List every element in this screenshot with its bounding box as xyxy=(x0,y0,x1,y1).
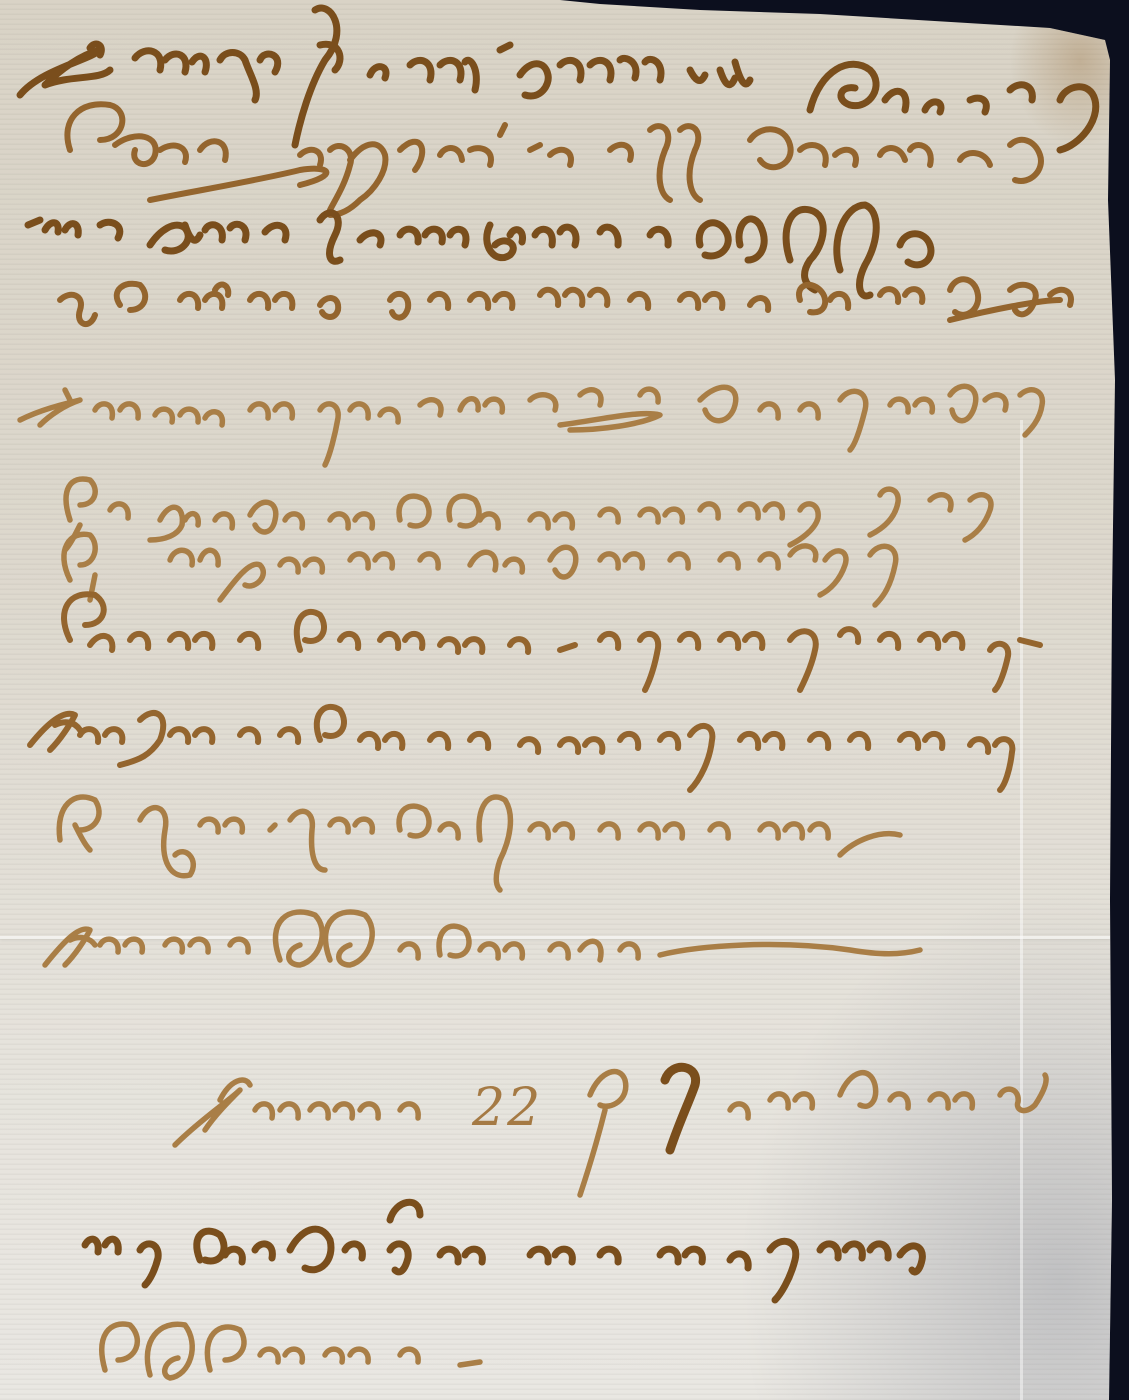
manuscript-line-1 xyxy=(20,8,1096,150)
date-line-script xyxy=(175,1072,1046,1195)
manuscript-line-11 xyxy=(45,912,920,965)
manuscript-line-6 xyxy=(65,479,991,550)
manuscript-line-8 xyxy=(64,594,1040,690)
manuscript-line-9 xyxy=(30,707,1012,790)
manuscript-line-10 xyxy=(59,797,900,890)
date-numeral: 22 xyxy=(472,1078,542,1138)
handwriting-layer xyxy=(0,0,1129,1400)
closing-line-1 xyxy=(85,1202,922,1300)
date-ink-blot xyxy=(665,1067,696,1150)
closing-line-2 xyxy=(102,1324,480,1378)
manuscript-line-2 xyxy=(67,104,1041,215)
manuscript-line-7 xyxy=(64,534,896,605)
manuscript-line-4 xyxy=(60,279,1071,324)
manuscript-line-5 xyxy=(20,386,1042,465)
manuscript-line-3 xyxy=(28,205,931,296)
